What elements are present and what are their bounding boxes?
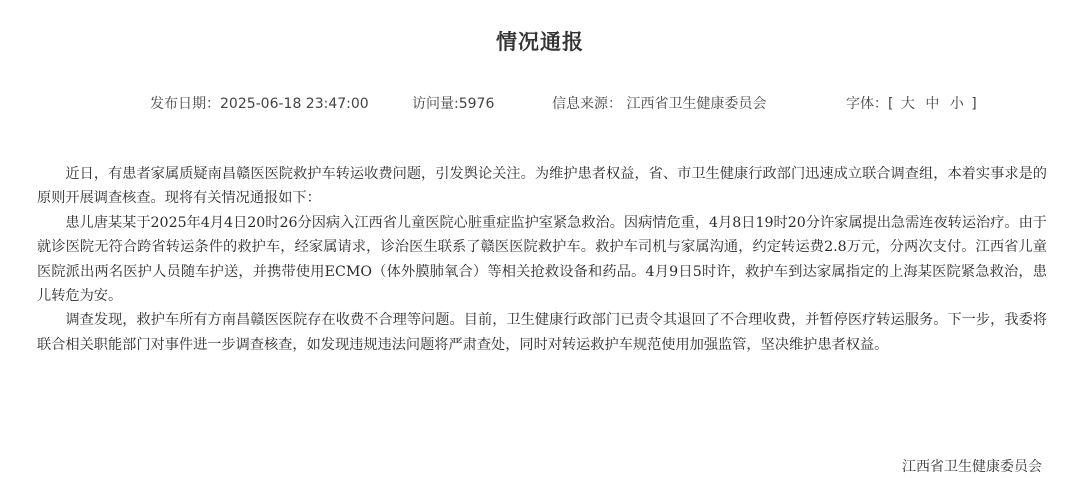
font-size-selector: 字体：[ 大 中 小 ]: [846, 93, 977, 113]
font-size-medium-button[interactable]: 中: [925, 96, 939, 112]
paragraph: 近日，有患者家属质疑南昌赣医医院救护车转运收费问题，引发舆论关注。为维护患者权益…: [37, 162, 1047, 211]
article-body: 近日，有患者家属质疑南昌赣医医院救护车转运收费问题，引发舆论关注。为维护患者权益…: [37, 162, 1047, 357]
info-source: 信息来源： 江西省卫生健康委员会: [552, 93, 766, 113]
visit-count: 访问量:5976: [412, 93, 494, 113]
font-size-small-button[interactable]: 小: [950, 96, 964, 112]
font-size-label: 字体：[: [846, 96, 893, 112]
publish-date: 发布日期：2025-06-18 23:47:00: [150, 93, 369, 113]
font-size-large-button[interactable]: 大: [901, 96, 915, 112]
paragraph: 患儿唐某某于2025年4月4日20时26分因病入江西省儿童医院心脏重症监护室紧急…: [37, 211, 1047, 309]
paragraph: 调查发现，救护车所有方南昌赣医医院存在收费不合理等问题。目前，卫生健康行政部门已…: [37, 308, 1047, 357]
page-title: 情况通报: [0, 26, 1080, 56]
font-size-close-bracket: ]: [971, 96, 976, 112]
signature: 江西省卫生健康委员会: [902, 456, 1042, 476]
